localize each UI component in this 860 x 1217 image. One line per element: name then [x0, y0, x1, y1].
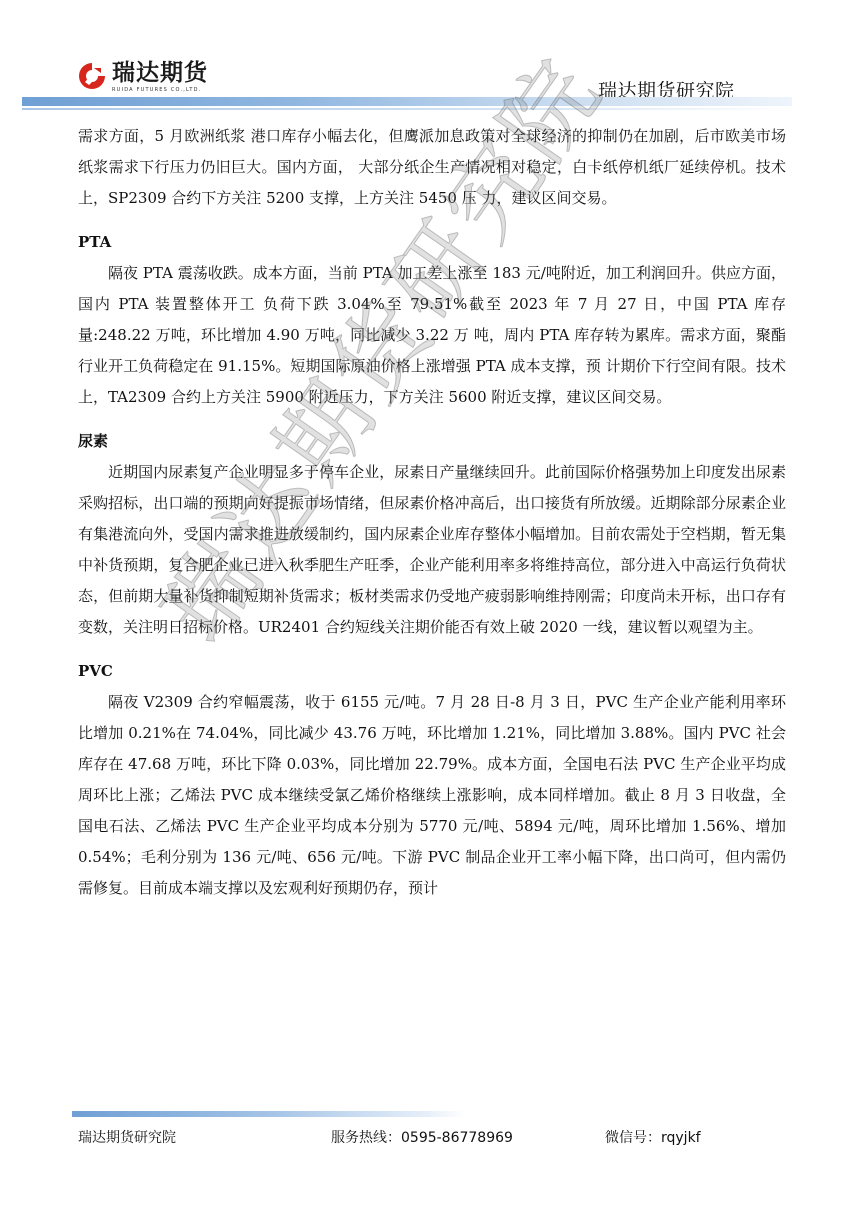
- footer-org-name: 瑞达期货研究院: [78, 1127, 176, 1147]
- urea-paragraph: 近期国内尿素复产企业明显多于停车企业，尿素日产量继续回升。此前国际价格强势加上印…: [78, 457, 786, 643]
- logo-chinese-name: 瑞达期货: [112, 60, 208, 86]
- pta-paragraph: 隔夜 PTA 震荡收跌。成本方面，当前 PTA 加工差上涨至 183 元/吨附近…: [78, 258, 786, 413]
- pulp-paragraph: 需求方面，5 月欧洲纸浆 港口库存小幅去化，但鹰派加息政策对全球经济的抑制仍在加…: [78, 121, 786, 214]
- footer-divider-bar: [72, 1111, 466, 1117]
- ruida-logo-icon: [76, 60, 108, 92]
- section-title-pvc: PVC: [78, 656, 786, 687]
- header-divider-bar: [22, 97, 792, 106]
- section-title-pta: PTA: [78, 227, 786, 258]
- header-divider-line: [22, 108, 792, 110]
- section-title-urea: 尿素: [78, 426, 786, 457]
- logo-english-name: RUIDA FUTURES CO.,LTD.: [112, 87, 208, 93]
- report-body: 需求方面，5 月欧洲纸浆 港口库存小幅去化，但鹰派加息政策对全球经济的抑制仍在加…: [78, 121, 786, 904]
- company-logo: 瑞达期货 RUIDA FUTURES CO.,LTD.: [76, 60, 208, 100]
- pvc-paragraph: 隔夜 V2309 合约窄幅震荡，收于 6155 元/吨。7 月 28 日-8 月…: [78, 687, 786, 904]
- page-header: 瑞达期货 RUIDA FUTURES CO.,LTD. 瑞达期货研究院: [0, 0, 860, 115]
- footer-hotline: 服务热线：0595-86778969: [331, 1127, 513, 1147]
- footer-wechat: 微信号：rqyjkf: [605, 1127, 701, 1147]
